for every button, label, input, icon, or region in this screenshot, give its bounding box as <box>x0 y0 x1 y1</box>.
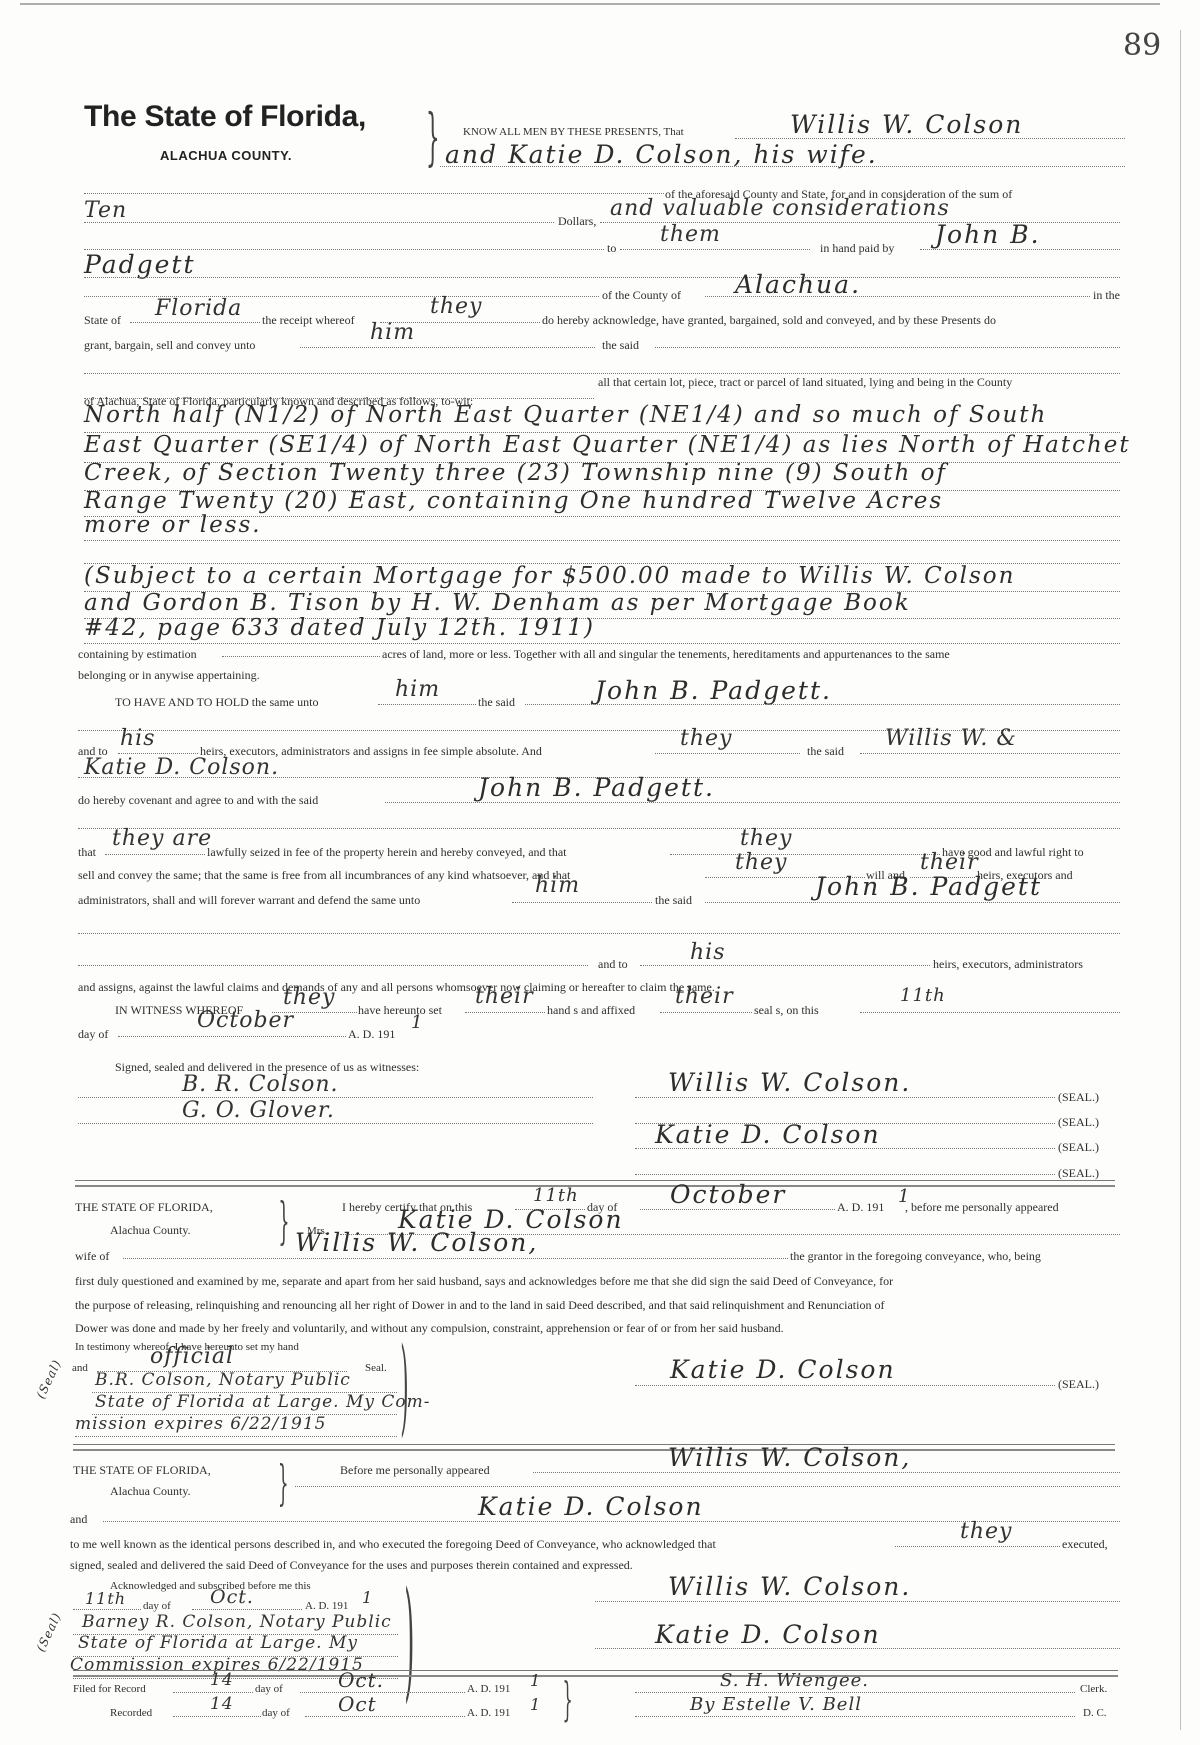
ack-day-of: day of <box>143 1600 171 1612</box>
ad-label: A. D. 191 <box>348 1027 395 1042</box>
said-value-1: Willis W. & <box>885 726 1017 751</box>
clerk-label: Clerk. <box>1080 1683 1107 1695</box>
fill-line <box>440 166 1125 167</box>
mortgage-note-line: (Subject to a certain Mortgage for $500.… <box>84 563 1015 589</box>
grantor-signature-katie: Katie D. Colson <box>655 1120 881 1149</box>
filed-ad: A. D. 191 <box>467 1683 510 1695</box>
legal-description-line: Range Twenty (20) East, containing One h… <box>84 488 943 514</box>
to-value: them <box>660 222 721 247</box>
fill-line <box>78 1097 593 1098</box>
admin-said-value: John B. Padgett <box>815 872 1042 901</box>
fill-line <box>465 1012 545 1013</box>
receipt-label: the receipt whereof <box>262 313 355 328</box>
ack-ad: A. D. 191 <box>305 1600 348 1612</box>
the-said-label: the said <box>478 695 515 710</box>
county-value: Alachua. <box>735 270 861 299</box>
ack-year-digit: 1 <box>362 1588 373 1607</box>
executed-label: executed, <box>1062 1537 1108 1552</box>
recorded-ad: A. D. 191 <box>467 1707 510 1719</box>
ack-notary-line: State of Florida at Large. My <box>78 1633 358 1653</box>
witness-day-value: 11th <box>900 985 946 1006</box>
dollars-label: Dollars, <box>558 214 596 229</box>
fill-line <box>640 965 930 966</box>
fill-line <box>84 643 1120 644</box>
fill-line <box>78 965 588 966</box>
fill-line <box>595 1648 1120 1649</box>
fill-line <box>655 753 800 754</box>
habendum-grantee: John B. Padgett. <box>595 676 832 705</box>
official-value: official <box>150 1344 234 1369</box>
grantor-name-2: and Katie D. Colson, his wife. <box>445 140 878 169</box>
legal-description-line: North half (N1/2) of North East Quarter … <box>84 402 1047 428</box>
know-all-men-text: KNOW ALL MEN BY THESE PRESENTS, That <box>463 126 684 138</box>
fill-line <box>640 1209 835 1210</box>
heirs-exec-admin-text: heirs, executors, administrators <box>933 957 1083 972</box>
witness-signature: B. R. Colson. <box>182 1072 339 1097</box>
receipt-value: they <box>430 294 482 319</box>
notary-line: mission expires 6/22/1915 <box>75 1414 326 1434</box>
wife-of-value: Willis W. Colson, <box>295 1228 538 1257</box>
page-number: 89 <box>1123 28 1161 63</box>
dower-county: Alachua County. <box>110 1223 191 1238</box>
legal-description-line: East Quarter (SE1/4) of North East Quart… <box>84 432 1131 458</box>
containing-label: containing by estimation <box>78 647 197 662</box>
fill-line <box>300 1692 465 1693</box>
fill-line <box>78 933 1120 934</box>
ack-month: Oct. <box>210 1586 254 1608</box>
recorded-day-of: day of <box>262 1707 290 1719</box>
and-value: they <box>680 726 732 751</box>
testimony-brace: ) <box>400 1325 408 1447</box>
recorded-month: Oct <box>338 1692 377 1716</box>
clerk-name: S. H. Wiengee. <box>720 1670 869 1691</box>
dower-body-line: Dower was done and made by her freely an… <box>75 1321 784 1336</box>
deputy-name: By Estelle V. Bell <box>690 1694 862 1715</box>
fill-line <box>860 753 1120 754</box>
day-of-label: day of <box>78 1027 108 1042</box>
seal-word: Seal. <box>365 1362 387 1374</box>
deed-page: 89 The State of Florida, ALACHUA COUNTY.… <box>0 0 1200 1745</box>
fill-line <box>860 1012 1120 1013</box>
page-top-edge <box>20 3 1160 5</box>
assigns-text: and assigns, against the lawful claims a… <box>78 980 715 995</box>
in-hand-paid-label: in hand paid by <box>820 241 894 256</box>
dower-state: THE STATE OF FLORIDA, <box>75 1200 213 1215</box>
in-the-label: in the <box>1093 288 1120 303</box>
fill-line <box>660 1012 752 1013</box>
and-to-value: his <box>690 940 726 965</box>
ack-person1: Willis W. Colson, <box>668 1443 911 1472</box>
legal-description-line: Creek, of Section Twenty three (23) Town… <box>84 460 947 486</box>
legal-description-line: more or less. <box>84 512 262 538</box>
ack-county: Alachua County. <box>110 1484 191 1499</box>
witness-year-digit: 1 <box>411 1012 423 1033</box>
seal-label: (SEAL.) <box>1058 1377 1099 1392</box>
record-brace: } <box>563 1672 573 1726</box>
ack-notary-seal-mark: (Seal) <box>34 1610 64 1654</box>
fill-line <box>130 322 260 323</box>
filed-label: Filed for Record <box>73 1683 146 1695</box>
mortgage-note-line: and Gordon B. Tison by H. W. Denham as p… <box>84 590 911 616</box>
admin-said-label: the said <box>655 893 692 908</box>
grantee-part1: John B. <box>935 220 1041 249</box>
that-value: they are <box>112 826 212 851</box>
section-divider <box>73 1444 1115 1451</box>
fill-line <box>78 1123 593 1124</box>
state-value: Florida <box>155 296 242 321</box>
fill-line <box>635 1174 1055 1175</box>
dower-day-value: 11th <box>533 1185 579 1206</box>
grantor-text: the grantor in the foregoing conveyance,… <box>790 1249 1041 1264</box>
fill-line <box>84 277 1120 278</box>
sell-text: sell and convey the same; that the same … <box>78 868 570 883</box>
fill-line <box>118 753 198 754</box>
fill-line <box>123 1258 788 1259</box>
that-label: that <box>78 845 96 860</box>
grant-value: him <box>370 320 415 345</box>
fill-line <box>595 1601 1120 1602</box>
acknowledge-text: do hereby acknowledge, have granted, bar… <box>542 313 996 328</box>
known-value: they <box>960 1519 1012 1544</box>
admin-text: administrators, shall and will forever w… <box>78 893 420 908</box>
notary-seal-mark: (Seal) <box>34 1357 64 1401</box>
fill-line <box>222 656 380 657</box>
dower-ad: A. D. 191 <box>837 1200 884 1215</box>
seized-text: lawfully seized in fee of the property h… <box>207 845 567 860</box>
and-label: and <box>72 1362 88 1374</box>
filed-day: 14 <box>210 1670 234 1690</box>
fill-line <box>378 704 476 705</box>
admin-value: him <box>535 873 580 898</box>
section-divider <box>75 1180 1115 1187</box>
state-title: The State of Florida, <box>84 100 366 134</box>
sum-value: Ten <box>84 198 127 223</box>
fill-line <box>305 1716 465 1717</box>
ack-and-label: and <box>70 1512 87 1527</box>
covenant-label: do hereby covenant and agree to and with… <box>78 793 318 808</box>
fill-line <box>73 1609 141 1610</box>
witness-month: October <box>197 1008 294 1033</box>
all-that-certain-text: all that certain lot, piece, tract or pa… <box>598 375 1012 390</box>
fill-line <box>84 222 554 223</box>
the-said-label: the said <box>602 338 639 353</box>
recorded-label: Recorded <box>110 1707 152 1719</box>
fill-line <box>620 249 810 250</box>
fill-line <box>512 902 652 903</box>
heirs-value: his <box>120 726 156 751</box>
fill-line <box>655 347 1120 348</box>
known-text: to me well known as the identical person… <box>70 1537 716 1552</box>
fill-line <box>635 1385 1055 1386</box>
fill-line <box>192 1609 302 1610</box>
of-county-label: of the County of <box>602 288 681 303</box>
fill-line <box>295 1486 1120 1487</box>
fill-line <box>75 1436 397 1437</box>
said-label: the said <box>807 744 844 759</box>
fill-line <box>84 193 664 194</box>
grantee-part2: Padgett <box>84 250 196 279</box>
fill-line <box>84 373 1120 374</box>
seal-label: (SEAL.) <box>1058 1166 1099 1181</box>
fill-line <box>635 1692 1075 1693</box>
fill-line <box>173 1692 253 1693</box>
fill-line <box>525 704 1120 705</box>
ack-notary-line: Barney R. Colson, Notary Public <box>82 1612 392 1632</box>
ack-before-me: Before me personally appeared <box>340 1463 490 1478</box>
ack-day-value: 11th <box>85 1589 126 1608</box>
ack-signature-katie: Katie D. Colson <box>655 1620 881 1649</box>
ack-state: THE STATE OF FLORIDA, <box>73 1463 211 1478</box>
seal-label: (SEAL.) <box>1058 1090 1099 1105</box>
to-have-label: TO HAVE AND TO HOLD the same unto <box>115 695 318 710</box>
fill-line <box>533 1472 1120 1473</box>
dower-signature: Katie D. Colson <box>670 1355 896 1384</box>
dower-body-line: first duly questioned and examined by me… <box>75 1274 893 1289</box>
witness-their-2: their <box>675 984 734 1009</box>
county-subtitle: ALACHUA COUNTY. <box>160 148 292 163</box>
fill-line <box>705 296 1090 297</box>
fill-line <box>635 1148 1055 1149</box>
dower-brace: } <box>278 1192 289 1250</box>
fill-line <box>105 854 205 855</box>
fill-line <box>173 1716 261 1717</box>
filed-day-of: day of <box>255 1683 283 1695</box>
belonging-text: belonging or in anywise appertaining. <box>78 668 260 683</box>
dower-body-line: the purpose of releasing, relinquishing … <box>75 1298 884 1313</box>
seized-value: they <box>740 826 792 851</box>
seal-label: (SEAL.) <box>1058 1115 1099 1130</box>
recorded-year-digit: 1 <box>530 1695 541 1714</box>
seal-label: (SEAL.) <box>1058 1140 1099 1155</box>
and-to-label-2: and to <box>598 957 628 972</box>
grant-label: grant, bargain, sell and convey unto <box>84 338 255 353</box>
fill-line <box>385 802 1120 803</box>
seals-label: seal s, on this <box>754 1003 819 1018</box>
covenant-value: John B. Padgett. <box>478 773 715 802</box>
fill-line <box>84 540 1120 541</box>
witness-who: they <box>283 985 335 1010</box>
ack-brace: } <box>278 1455 289 1511</box>
state-of-label: State of <box>84 313 121 328</box>
to-have-value: him <box>395 677 440 702</box>
deputy-label: D. C. <box>1083 1707 1107 1719</box>
recorded-day: 14 <box>210 1694 234 1714</box>
grantor-signature-willis: Willis W. Colson. <box>668 1068 911 1097</box>
filed-month: Oct. <box>338 1668 384 1692</box>
fill-line <box>895 1546 1060 1547</box>
have-set-label: have hereunto set <box>358 1003 442 1018</box>
notary-line: State of Florida at Large. My Com- <box>95 1392 430 1412</box>
witness-signature: G. O. Glover. <box>182 1098 335 1123</box>
header-brace: } <box>426 100 440 173</box>
fill-line <box>78 828 1120 829</box>
mortgage-note-line: #42, page 633 dated July 12th. 1911) <box>84 615 595 641</box>
ack-person2: Katie D. Colson <box>478 1492 704 1521</box>
fill-line <box>118 1036 346 1037</box>
hands-label: hand s and affixed <box>547 1003 635 1018</box>
page-right-edge <box>1180 30 1181 1730</box>
witness-their-1: their <box>475 984 534 1009</box>
ack-signature-willis: Willis W. Colson. <box>668 1572 911 1601</box>
ack-signed-text: signed, sealed and delivered the said De… <box>70 1558 633 1573</box>
acres-text: acres of land, more or less. Together wi… <box>382 647 950 662</box>
fill-line <box>705 902 1120 903</box>
dower-month: October <box>670 1180 786 1209</box>
fill-line <box>735 138 1125 139</box>
wife-of-label: wife of <box>75 1249 109 1264</box>
before-me-text: , before me personally appeared <box>905 1200 1059 1215</box>
grantor-name: Willis W. Colson <box>790 110 1023 139</box>
dollars-extra: and valuable considerations <box>610 196 950 221</box>
sell-value: they <box>735 850 787 875</box>
fill-line <box>670 854 940 855</box>
notary-line: B.R. Colson, Notary Public <box>95 1370 351 1390</box>
fill-line <box>635 1716 1075 1717</box>
to-label: to <box>607 241 616 256</box>
filed-year-digit: 1 <box>530 1671 541 1690</box>
fill-line <box>300 347 595 348</box>
fill-line <box>635 1097 1055 1098</box>
fill-line <box>920 249 1120 250</box>
